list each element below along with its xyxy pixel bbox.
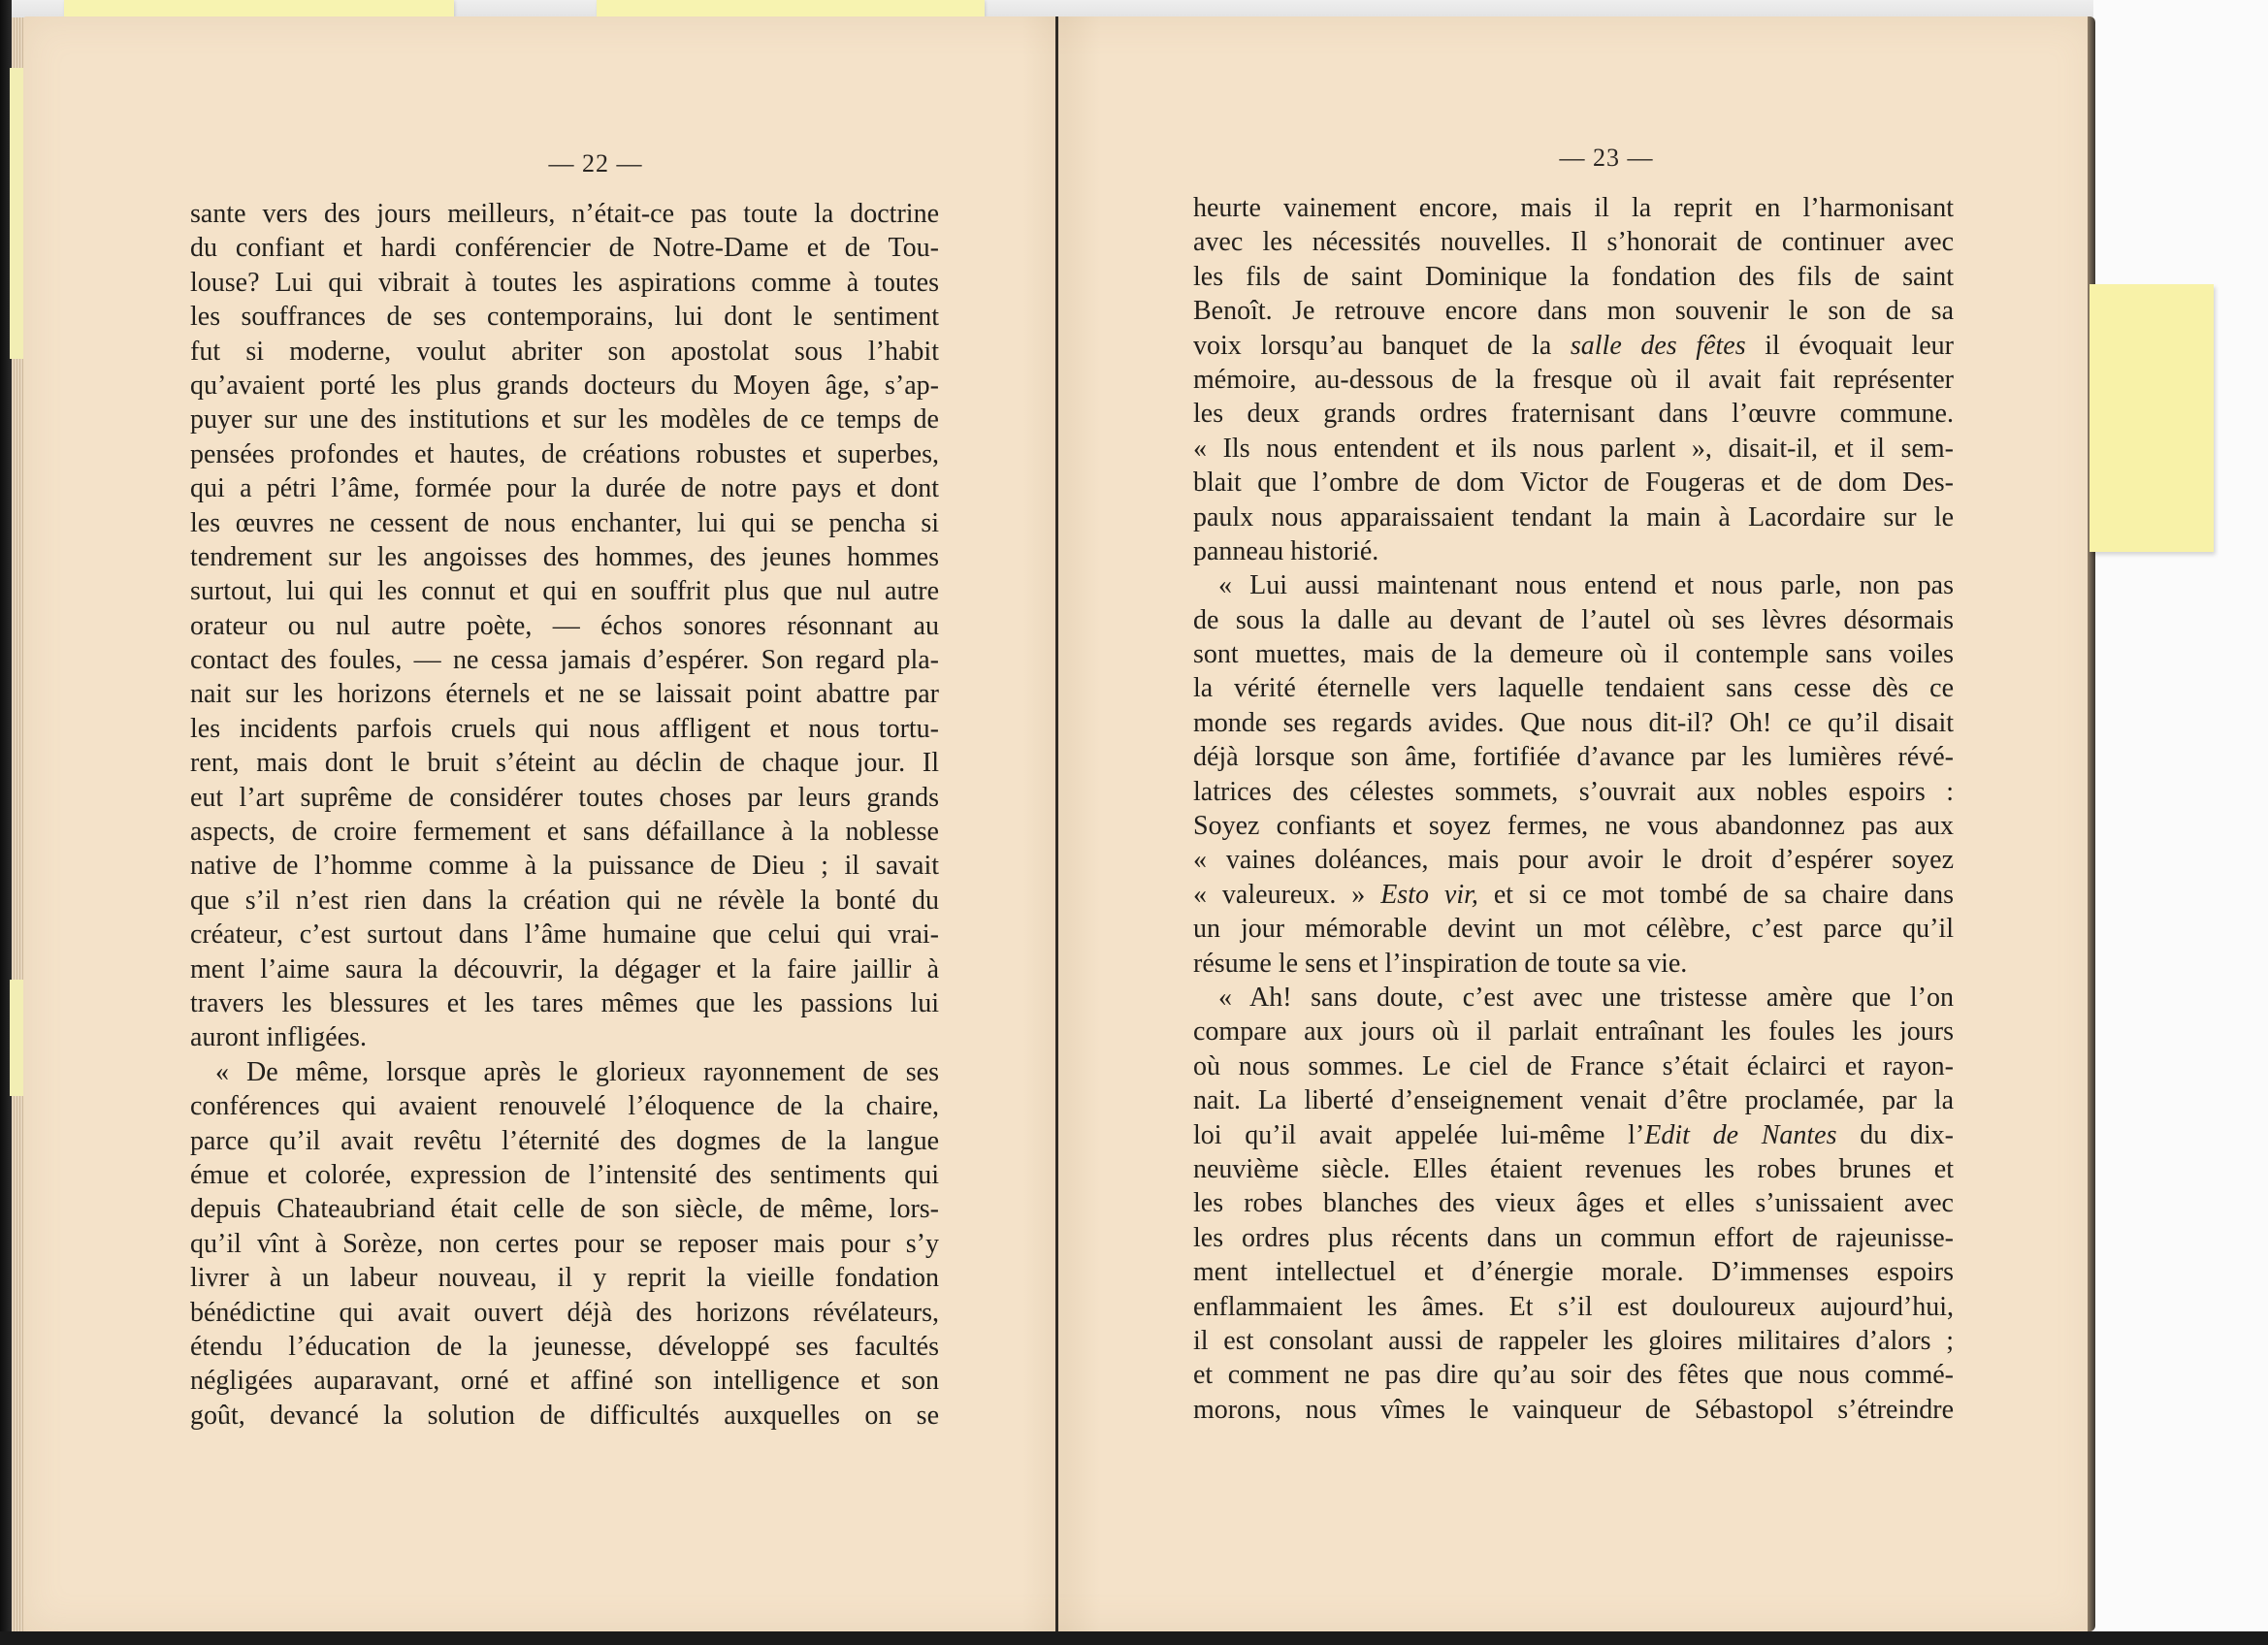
sticky-note-tab-top-center — [597, 0, 985, 17]
text-line: monde ses regards avides. Que nous dit-i… — [1193, 706, 1954, 740]
book-spread: — 22 — sante vers des jours meilleurs, n… — [23, 16, 2095, 1631]
text-line: « Ils nous entendent et ils nous parlent… — [1193, 432, 1954, 466]
text-line: les fils de saint Dominique la fondation… — [1193, 260, 1954, 294]
scanner-background-bottom — [0, 1631, 2268, 1645]
text-line: avec les nécessités nouvelles. Il s’hono… — [1193, 225, 1954, 259]
text-line: les deux grands ordres fraternisant dans… — [1193, 397, 1954, 431]
text-line: mémoire, au-dessous de la fresque où il … — [1193, 363, 1954, 397]
text-line: de sous la dalle au devant de l’autel où… — [1193, 603, 1954, 637]
text-line: « valeureux. » Esto vir, et si ce mot to… — [1193, 878, 1954, 912]
text-line: sont muettes, mais de la demeure où il c… — [1193, 637, 1954, 671]
text-line: heurte vainement encore, mais il la repr… — [1193, 191, 1954, 225]
italic-text: Esto vir, — [1380, 880, 1478, 910]
sticky-note-tab-top-left — [64, 0, 454, 17]
italic-text: Edit de Nantes — [1644, 1120, 1836, 1150]
text-line: ment intellectuel et d’énergie morale. D… — [1193, 1255, 1954, 1289]
text-line: latrices des célestes sommets, s’ouvrait… — [1193, 775, 1954, 809]
text-line: résume le sens et l’inspiration de toute… — [1193, 947, 1954, 981]
text-line: compare aux jours où il parlait entraîna… — [1193, 1015, 1954, 1048]
text-segment: « valeureux. » — [1193, 880, 1380, 910]
text-line: paulx nous apparaissaient tendant la mai… — [1193, 500, 1954, 534]
text-line: « Lui aussi maintenant nous entend et no… — [1193, 568, 1954, 602]
text-line: « Ah! sans doute, c’est avec une tristes… — [1193, 981, 1954, 1015]
text-line: un jour mémorable devint un mot célèbre,… — [1193, 912, 1954, 946]
text-line: déjà lorsque son âme, fortifiée d’avance… — [1193, 740, 1954, 774]
text-line: et comment ne pas dire qu’au soir des fê… — [1193, 1358, 1954, 1392]
text-segment: loi qu’il avait appelée lui-même l’ — [1193, 1120, 1644, 1150]
scanner-background-right — [2093, 0, 2268, 1645]
text-line: morons, nous vîmes le vainqueur de Sébas… — [1193, 1393, 1954, 1427]
text-line: les robes blanches des vieux âges et ell… — [1193, 1186, 1954, 1220]
right-page: — 23 — heurte vainement encore, mais il … — [23, 16, 2095, 1631]
text-line: les ordres plus récents dans un commun e… — [1193, 1221, 1954, 1255]
text-line: nait. La liberté d’enseignement venait d… — [1193, 1083, 1954, 1117]
text-line: Soyez confiants et soyez fermes, ne vous… — [1193, 809, 1954, 843]
text-line: « vaines doléances, mais pour avoir le d… — [1193, 843, 1954, 877]
text-line: neuvième siècle. Elles étaient revenues … — [1193, 1152, 1954, 1186]
text-line: loi qu’il avait appelée lui-même l’Edit … — [1193, 1118, 1954, 1152]
body-text: heurte vainement encore, mais il la repr… — [1193, 191, 1954, 1427]
text-line: enflammaient les âmes. Et s’il est doulo… — [1193, 1290, 1954, 1324]
text-segment: voix lorsqu’au banquet de la — [1193, 331, 1571, 361]
text-line: où nous sommes. Le ciel de France s’étai… — [1193, 1049, 1954, 1083]
text-line: Benoît. Je retrouve encore dans mon souv… — [1193, 294, 1954, 328]
italic-text: salle des fêtes — [1571, 331, 1746, 361]
text-line: panneau historié. — [1193, 534, 1954, 568]
text-segment: et si ce mot tombé de sa chaire dans — [1478, 880, 1954, 910]
text-segment: du dix- — [1837, 1120, 1955, 1150]
page-number: — 23 — — [1490, 144, 1723, 173]
text-line: il est consolant aussi de rappeler les g… — [1193, 1324, 1954, 1358]
text-line: la vérité éternelle vers laquelle tendai… — [1193, 671, 1954, 705]
sticky-note-bookmark — [2090, 284, 2214, 552]
text-line: blait que l’ombre de dom Victor de Fouge… — [1193, 466, 1954, 500]
text-segment: il évoquait leur — [1746, 331, 1954, 361]
text-line: voix lorsqu’au banquet de la salle des f… — [1193, 329, 1954, 363]
